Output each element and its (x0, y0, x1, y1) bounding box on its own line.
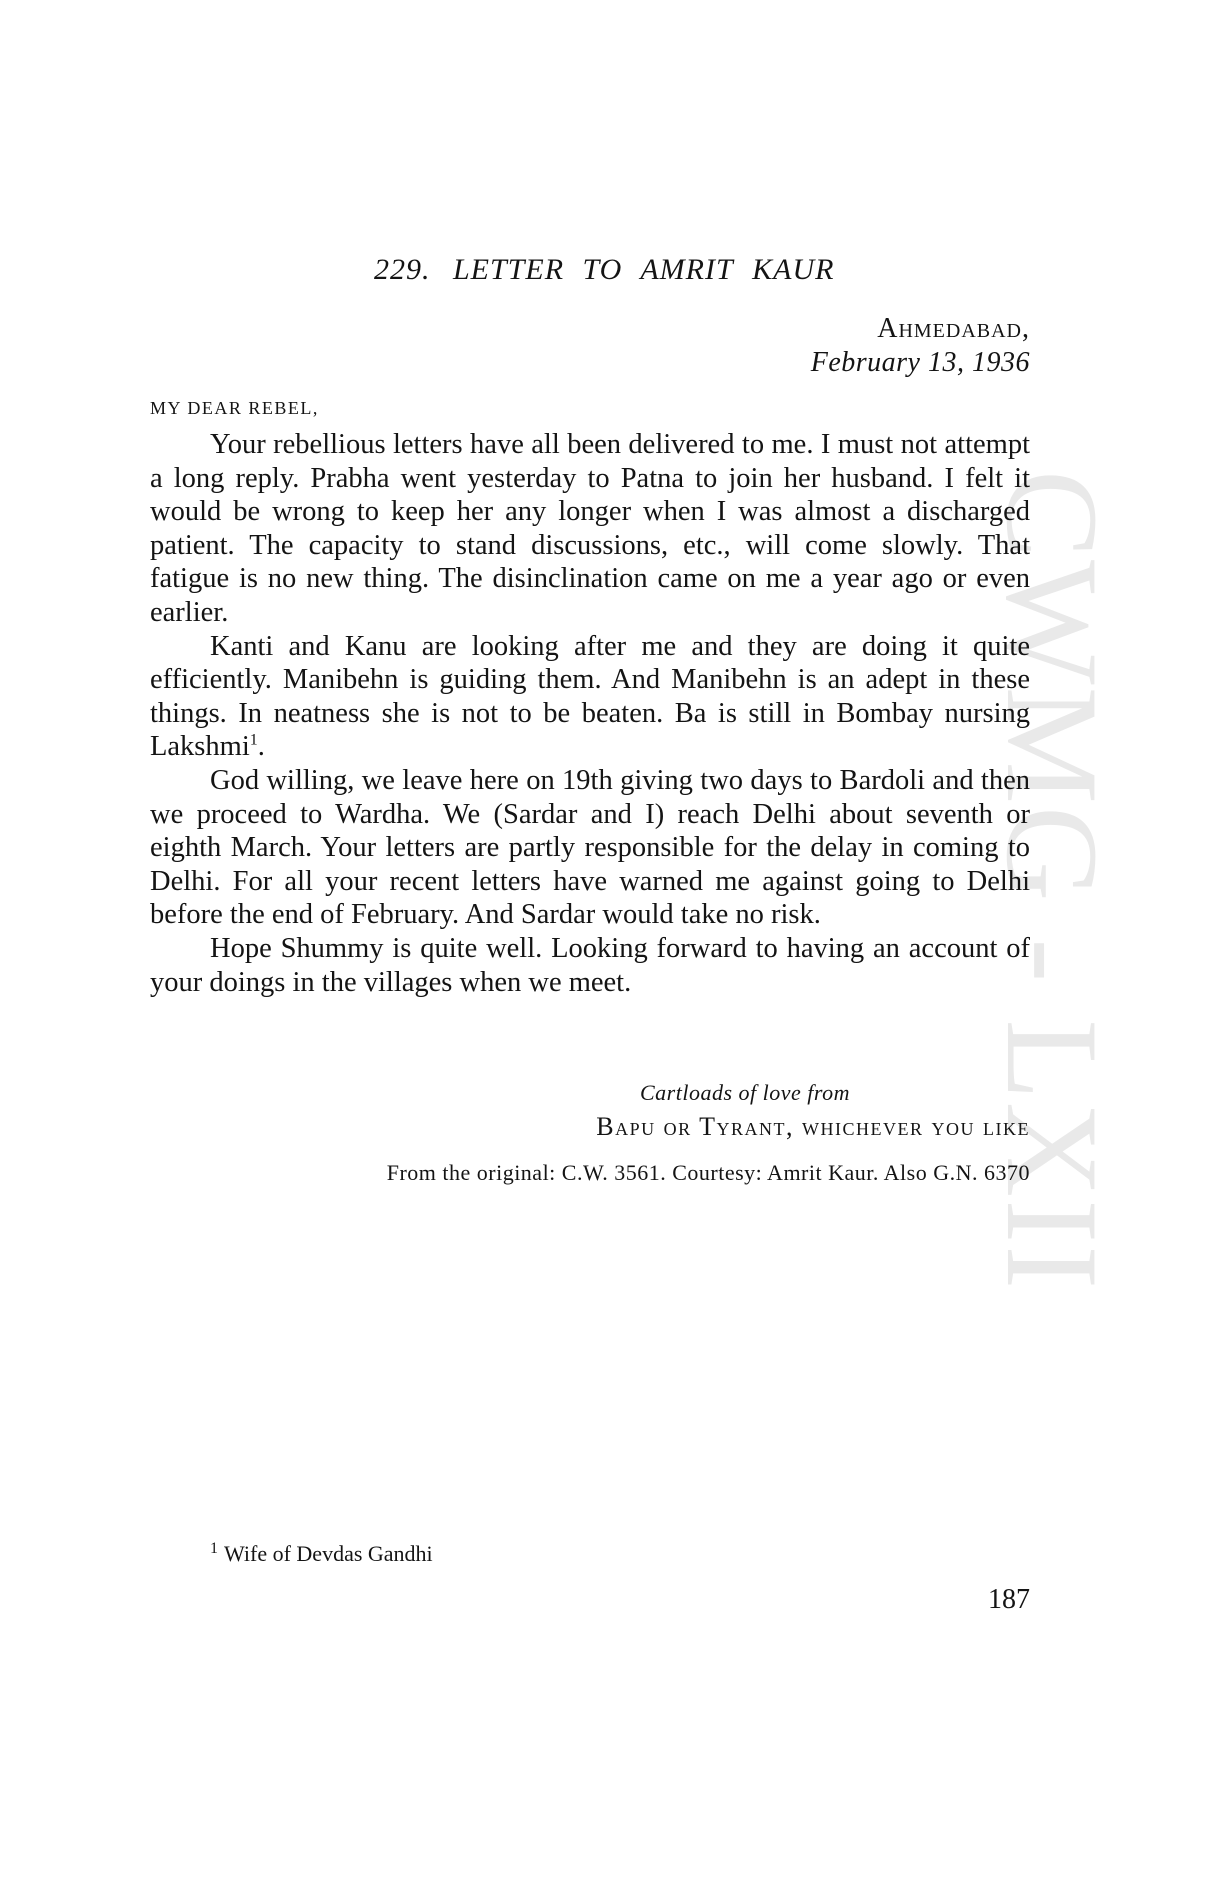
letter-closing: Cartloads of love from (640, 1080, 850, 1106)
letter-place: Ahmedabad, (877, 313, 1030, 345)
salutation: My dear Rebel, (150, 398, 319, 419)
paragraph: Kanti and Kanu are looking after me and … (150, 630, 1030, 764)
paragraph: Hope Shummy is quite well. Looking forwa… (150, 932, 1030, 999)
heading-word: TO (583, 253, 623, 286)
paragraph-end: . (258, 731, 265, 762)
footnote-mark: 1 (210, 1540, 218, 1557)
letter-body: Your rebellious letters have all been de… (150, 428, 1030, 999)
heading-word: LETTER (453, 253, 564, 286)
heading-word: KAUR (752, 253, 834, 286)
heading-word: AMRIT (640, 253, 733, 286)
paragraph: God willing, we leave here on 19th givin… (150, 764, 1030, 932)
letter-number: 229. (374, 253, 431, 286)
letter-signature: Bapu or Tyrant, whichever you like (596, 1112, 1030, 1142)
paragraph-text: Kanti and Kanu are looking after me and … (150, 631, 1030, 763)
footnote: 1Wife of Devdas Gandhi (210, 1541, 433, 1567)
footnote-text: Wife of Devdas Gandhi (224, 1541, 433, 1566)
page-number: 187 (988, 1584, 1030, 1616)
footnote-reference[interactable]: 1 (250, 732, 258, 749)
paragraph: Your rebellious letters have all been de… (150, 428, 1030, 630)
letter-date: February 13, 1936 (811, 347, 1030, 379)
source-note: From the original: C.W. 3561. Courtesy: … (387, 1160, 1030, 1186)
letter-heading: 229. LETTER TO AMRIT KAUR (374, 253, 844, 287)
